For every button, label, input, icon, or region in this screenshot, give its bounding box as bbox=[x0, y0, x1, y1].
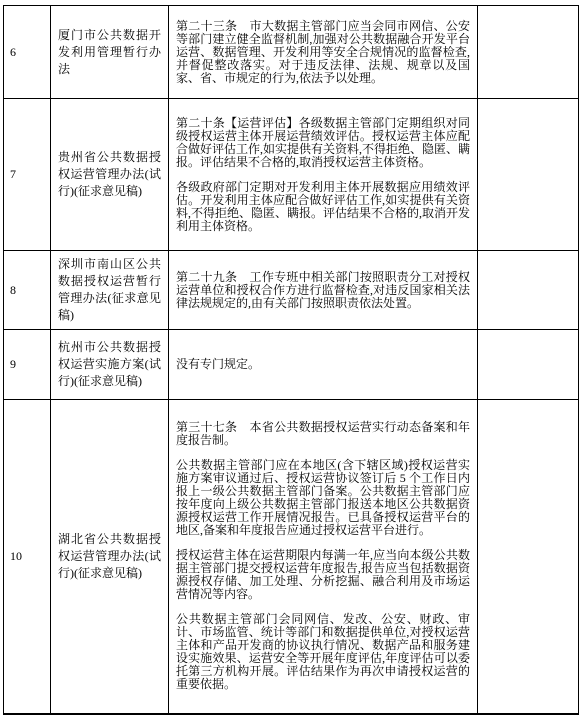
provision-paragraph: 各级政府部门定期对开发利用主体开展数据应用绩效评估。开发利用主体应配合做好评估工… bbox=[176, 181, 470, 233]
table-row: 6厦门市公共数据开发利用管理暂行办法第二十三条 市大数据主管部门应当会同市网信、… bbox=[4, 6, 579, 99]
provision-paragraph: 授权运营主体在运营期限内每满一年,应当向本级公共数据主管部门提交授权运营年度报告… bbox=[176, 549, 470, 601]
row-number-cell: 10 bbox=[4, 400, 51, 714]
provision-cell: 第三十七条 本省公共数据授权运营实行动态备案和年度报告制。公共数据主管部门应在本… bbox=[169, 400, 478, 714]
provision-paragraph: 公共数据主管部门应在本地区(含下辖区域)授权运营实施方案审议通过后、授权运营协议… bbox=[176, 459, 470, 537]
provision-cell: 没有专门规定。 bbox=[169, 330, 478, 400]
regulation-name-cell: 深圳市南山区公共数据授权运营暂行管理办法(征求意见稿) bbox=[51, 251, 169, 330]
notes-cell bbox=[478, 400, 579, 714]
row-number-cell: 9 bbox=[4, 330, 51, 400]
notes-cell bbox=[478, 330, 579, 400]
row-number-cell: 8 bbox=[4, 251, 51, 330]
provision-paragraph: 第三十七条 本省公共数据授权运营实行动态备案和年度报告制。 bbox=[176, 421, 470, 447]
provision-paragraph: 公共数据主管部门会同网信、发改、公安、财政、审计、市场监管、统计等部门和数据提供… bbox=[176, 613, 470, 691]
table-row: 9杭州市公共数据授权运营实施方案(试行)(征求意见稿)没有专门规定。 bbox=[4, 330, 579, 400]
table-row: 10湖北省公共数据授权运营管理办法(试行)(征求意见稿)第三十七条 本省公共数据… bbox=[4, 400, 579, 714]
regulation-table-body: 6厦门市公共数据开发利用管理暂行办法第二十三条 市大数据主管部门应当会同市网信、… bbox=[4, 6, 579, 714]
notes-cell bbox=[478, 6, 579, 99]
regulation-name-cell: 湖北省公共数据授权运营管理办法(试行)(征求意见稿) bbox=[51, 400, 169, 714]
provision-cell: 第二十九条 工作专班中相关部门按照职责分工对授权运营单位和授权合作方进行监督检查… bbox=[169, 251, 478, 330]
provision-cell: 第二十条【运营评估】各级数据主管部门定期组织对同级授权运营主体开展运营绩效评估。… bbox=[169, 99, 478, 251]
provision-paragraph: 第二十条【运营评估】各级数据主管部门定期组织对同级授权运营主体开展运营绩效评估。… bbox=[176, 117, 470, 169]
table-row: 7贵州省公共数据授权运营管理办法(试行)(征求意见稿)第二十条【运营评估】各级数… bbox=[4, 99, 579, 251]
regulation-name-cell: 杭州市公共数据授权运营实施方案(试行)(征求意见稿) bbox=[51, 330, 169, 400]
row-number-cell: 7 bbox=[4, 99, 51, 251]
regulation-name-cell: 贵州省公共数据授权运营管理办法(试行)(征求意见稿) bbox=[51, 99, 169, 251]
provision-cell: 第二十三条 市大数据主管部门应当会同市网信、公安等部门建立健全监督机制,加强对公… bbox=[169, 6, 478, 99]
notes-cell bbox=[478, 251, 579, 330]
provision-paragraph: 第二十三条 市大数据主管部门应当会同市网信、公安等部门建立健全监督机制,加强对公… bbox=[176, 20, 470, 85]
notes-cell bbox=[478, 99, 579, 251]
regulation-name-cell: 厦门市公共数据开发利用管理暂行办法 bbox=[51, 6, 169, 99]
provision-paragraph: 第二十九条 工作专班中相关部门按照职责分工对授权运营单位和授权合作方进行监督检查… bbox=[176, 271, 470, 310]
row-number-cell: 6 bbox=[4, 6, 51, 99]
regulation-table: 6厦门市公共数据开发利用管理暂行办法第二十三条 市大数据主管部门应当会同市网信、… bbox=[3, 5, 579, 715]
provision-paragraph: 没有专门规定。 bbox=[176, 358, 470, 371]
table-row: 8深圳市南山区公共数据授权运营暂行管理办法(征求意见稿)第二十九条 工作专班中相… bbox=[4, 251, 579, 330]
